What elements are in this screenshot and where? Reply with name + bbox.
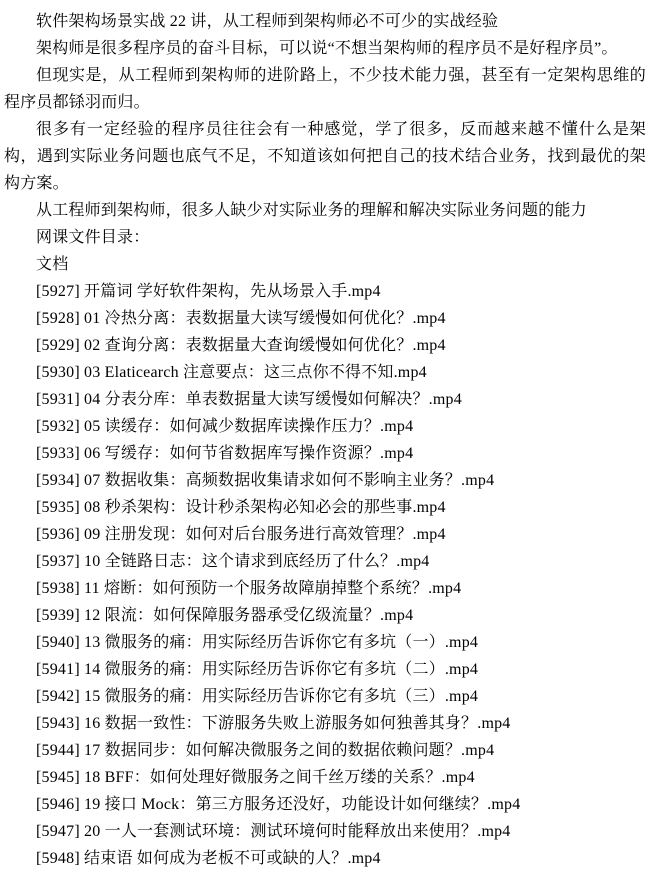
intro-paragraph: 但现实是，从工程师到架构师的进阶路上，不少技术能力强，甚至有一定架构思维的程序员… [4,62,646,116]
file-list-item: [5941] 14 微服务的痛：用实际经历告诉你它有多坑（二）.mp4 [4,656,646,683]
file-list-item: [5940] 13 微服务的痛：用实际经历告诉你它有多坑（一）.mp4 [4,629,646,656]
file-list-item: [5935] 08 秒杀架构：设计秒杀架构必知必会的那些事.mp4 [4,494,646,521]
file-list-item: [5930] 03 Elaticearch 注意要点：这三点你不得不知.mp4 [4,359,646,386]
file-list-item: [5944] 17 数据同步：如何解决微服务之间的数据依赖问题？.mp4 [4,737,646,764]
file-list-item: [5943] 16 数据一致性：下游服务失败上游服务如何独善其身？.mp4 [4,710,646,737]
intro-paragraph: 很多有一定经验的程序员往往会有一种感觉，学了很多，反而越来越不懂什么是架构，遇到… [4,116,646,197]
intro-paragraph: 从工程师到架构师，很多人缺少对实际业务的理解和解决实际业务问题的能力 [4,197,646,224]
file-list-item: [5936] 09 注册发现：如何对后台服务进行高效管理？.mp4 [4,521,646,548]
file-list-item: [5929] 02 查询分离：表数据量大查询缓慢如何优化？.mp4 [4,332,646,359]
document-page: 软件架构场景实战 22 讲，从工程师到架构师必不可少的实战经验 架构师是很多程序… [0,0,650,874]
file-list-item: [5931] 04 分表分库：单表数据量大读写缓慢如何解决？.mp4 [4,386,646,413]
file-list-item: [5948] 结束语 如何成为老板不可或缺的人？.mp4 [4,845,646,872]
file-list-item: [5932] 05 读缓存：如何减少数据库读操作压力？.mp4 [4,413,646,440]
file-list-item: [5934] 07 数据收集：高频数据收集请求如何不影响主业务？.mp4 [4,467,646,494]
file-list-item: [5947] 20 一人一套测试环境：测试环境何时能释放出来使用？.mp4 [4,818,646,845]
intro-paragraph: 架构师是很多程序员的奋斗目标，可以说“不想当架构师的程序员不是好程序员”。 [4,35,646,62]
catalog-heading: 网课文件目录： [4,224,646,251]
file-list-item: [5938] 11 熔断：如何预防一个服务故障崩掉整个系统？.mp4 [4,575,646,602]
file-list-item: [5927] 开篇词 学好软件架构，先从场景入手.mp4 [4,278,646,305]
file-list-item: [5946] 19 接口 Mock：第三方服务还没好，功能设计如何继续？.mp4 [4,791,646,818]
intro-paragraph: 软件架构场景实战 22 讲，从工程师到架构师必不可少的实战经验 [4,8,646,35]
file-list-item: [5945] 18 BFF：如何处理好微服务之间千丝万缕的关系？.mp4 [4,764,646,791]
file-list-item: [5942] 15 微服务的痛：用实际经历告诉你它有多坑（三）.mp4 [4,683,646,710]
file-list-item: [5928] 01 冷热分离：表数据量大读写缓慢如何优化？.mp4 [4,305,646,332]
file-list-item: [5933] 06 写缓存：如何节省数据库写操作资源？.mp4 [4,440,646,467]
file-list-item: [5937] 10 全链路日志：这个请求到底经历了什么？.mp4 [4,548,646,575]
catalog-section-label: 文档 [4,251,646,278]
file-list-item: [5939] 12 限流：如何保障服务器承受亿级流量？.mp4 [4,602,646,629]
